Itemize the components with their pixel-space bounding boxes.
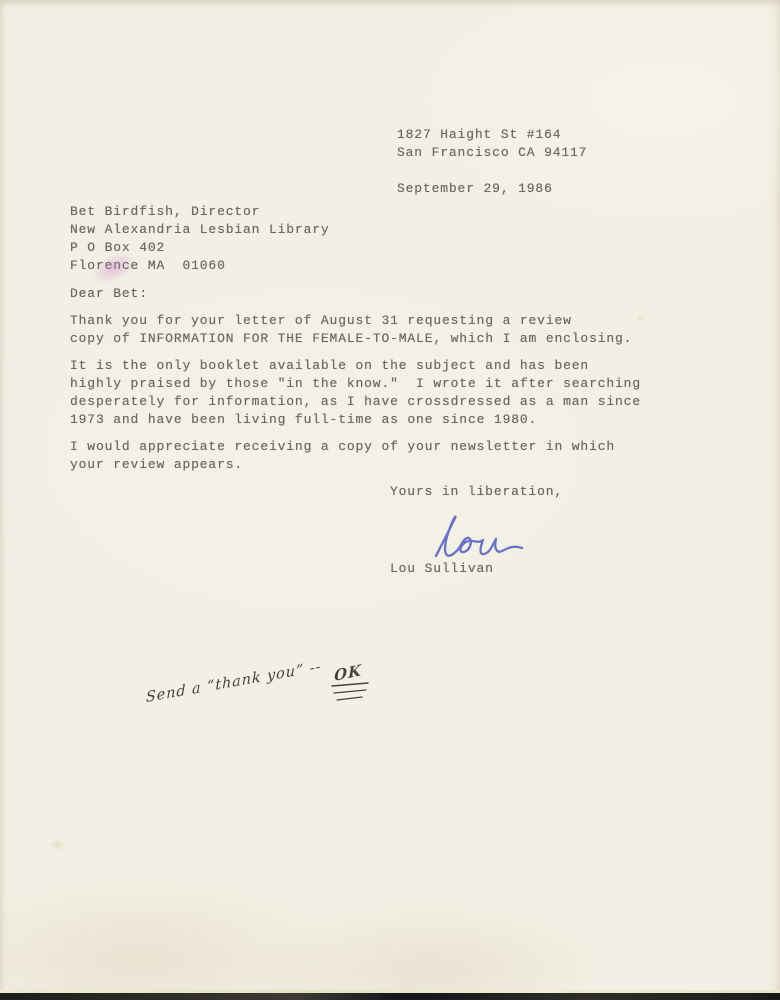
typed-signature-name: Lou Sullivan [390,560,494,578]
paper-stain [636,314,646,322]
handwritten-annotation: Send a “thank you” -- OK [146,664,396,734]
sender-address-line: San Francisco CA 94117 [397,144,587,162]
recipient-line: New Alexandria Lesbian Library [70,221,330,239]
letter-date: September 29, 1986 [397,180,587,198]
paragraph-line: Thank you for your letter of August 31 r… [70,312,632,330]
annotation-phrase: Send a “thank you” -- [146,659,321,706]
salutation-text: Dear Bet: [70,285,148,303]
paragraph-line: your review appears. [70,456,615,474]
paragraph-line: copy of INFORMATION FOR THE FEMALE-TO-MA… [70,330,632,348]
paragraph-2: It is the only booklet available on the … [70,357,641,429]
paragraph-line: 1973 and have been living full-time as o… [70,411,641,429]
signature-ink-stroke [428,508,528,564]
signed-name-text: Lou Sullivan [390,560,494,578]
salutation: Dear Bet: [70,285,148,303]
paragraph-line: desperately for information, as I have c… [70,393,641,411]
annotation-ok-underlines [328,682,374,708]
sender-address-line: 1827 Haight St #164 [397,126,587,144]
recipient-line: Bet Birdfish, Director [70,203,330,221]
paragraph-1: Thank you for your letter of August 31 r… [70,312,632,348]
closing: Yours in liberation, [390,483,563,501]
closing-text: Yours in liberation, [390,483,563,501]
paragraph-line: highly praised by those "in the know." I… [70,375,641,393]
paragraph-3: I would appreciate receiving a copy of y… [70,438,615,474]
recipient-line: P O Box 402 [70,239,330,257]
paragraph-line: I would appreciate receiving a copy of y… [70,438,615,456]
paragraph-line: It is the only booklet available on the … [70,357,641,375]
paper-stain [50,840,64,850]
spacer [397,162,587,180]
scanner-edge-band [0,993,780,1000]
sender-address-block: 1827 Haight St #164 San Francisco CA 941… [397,126,587,198]
scanned-letter-page: 1827 Haight St #164 San Francisco CA 941… [0,0,780,1000]
